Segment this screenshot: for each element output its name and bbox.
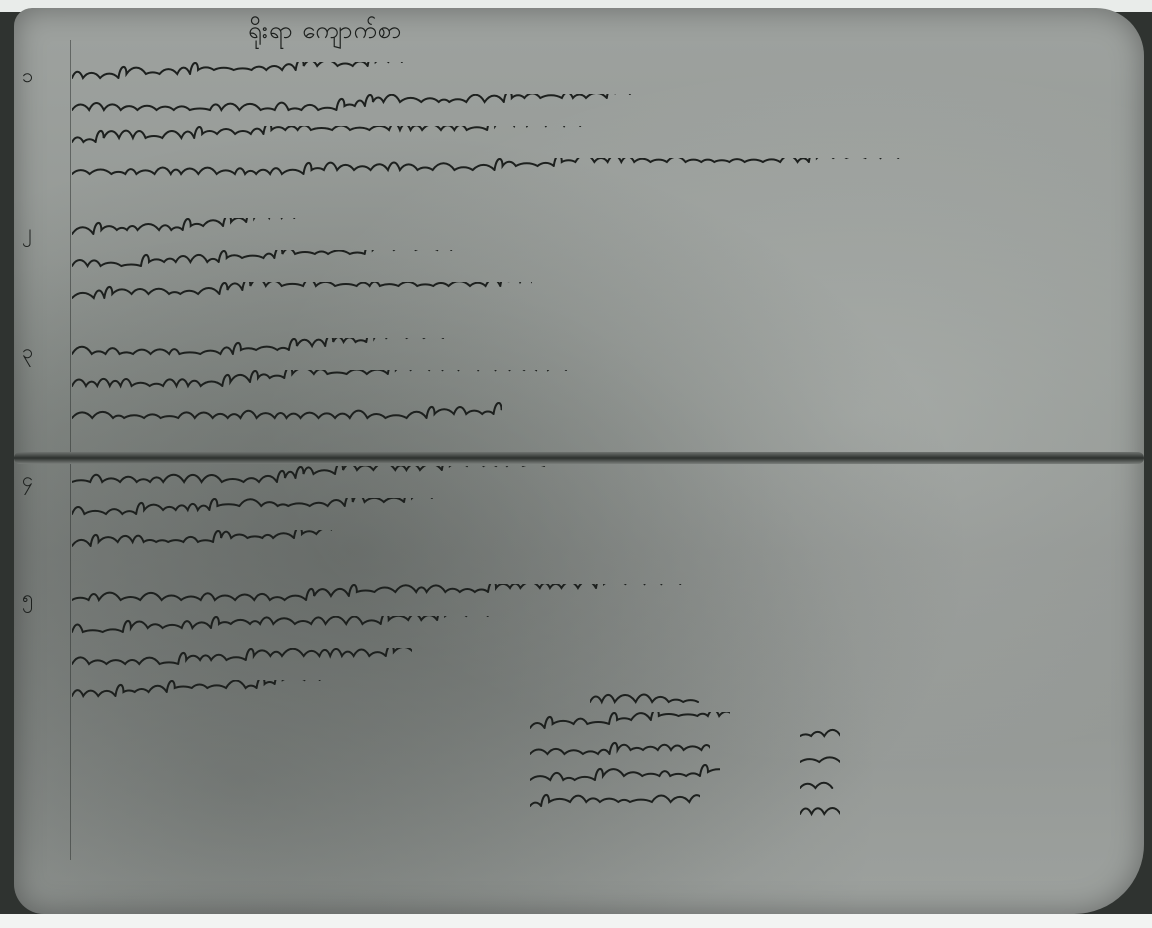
handwritten-line — [72, 158, 912, 184]
handwritten-line — [72, 402, 502, 428]
handwritten-line — [72, 62, 1112, 88]
handwritten-line — [72, 94, 1112, 120]
handwritten-line — [72, 616, 662, 642]
signature-mark — [800, 746, 840, 772]
paragraph-marker: ၂ — [22, 218, 32, 248]
margin-rule — [70, 40, 71, 860]
manuscript-paragraph — [72, 218, 1112, 314]
handwritten-line — [72, 338, 1012, 364]
handwritten-line — [72, 250, 1052, 276]
signature-mark — [800, 720, 840, 746]
handwritten-line — [72, 370, 992, 396]
handwritten-line — [72, 466, 1062, 492]
handwritten-line — [72, 584, 1082, 610]
signature-mark — [800, 772, 840, 798]
handwritten-line — [72, 498, 992, 524]
signature-names — [530, 686, 730, 816]
handwritten-line — [72, 648, 412, 674]
manuscript-paragraph — [72, 338, 1012, 434]
signature-line — [530, 790, 700, 816]
paragraph-marker: ၃ — [22, 338, 33, 368]
signature-line — [530, 764, 720, 790]
fold-crease — [14, 452, 1144, 464]
handwritten-line — [72, 530, 332, 556]
signature-mark — [800, 798, 840, 824]
handwritten-line — [72, 218, 1112, 244]
signature-line — [590, 686, 710, 712]
handwritten-line — [72, 680, 402, 706]
manuscript-paragraph — [72, 466, 1062, 562]
signature-line — [530, 712, 730, 738]
handwritten-line — [72, 282, 532, 308]
signature-line — [530, 738, 710, 764]
signature-marks — [800, 720, 840, 824]
handwritten-line — [72, 126, 1112, 152]
paragraph-marker: ၄ — [22, 466, 33, 496]
paragraph-marker: ၅ — [22, 584, 33, 614]
photo-border-bottom — [0, 914, 1152, 928]
paragraph-marker: ၁ — [22, 62, 33, 92]
manuscript-paragraph — [72, 62, 1112, 190]
document-title: ရိုးရာ ကျောက်စာ — [248, 14, 402, 50]
